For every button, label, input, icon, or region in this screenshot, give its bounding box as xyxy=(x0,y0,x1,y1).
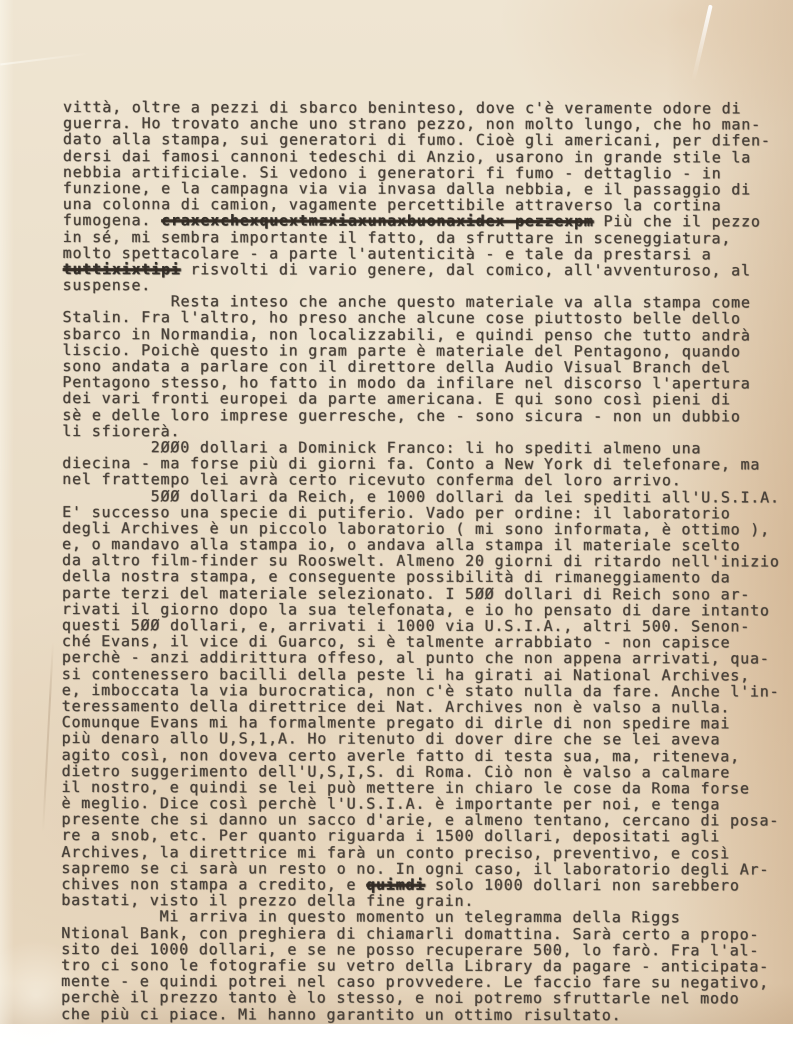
typed-text: che più ci piace. Mi hanno garantito un … xyxy=(61,1004,621,1023)
paper-scratch-mark xyxy=(691,5,712,82)
typed-text: risvolti di vario genere, dal comico, al… xyxy=(181,260,751,279)
typed-text-block: vittà, oltre a pezzi di sbarco beninteso… xyxy=(61,99,793,1023)
scanned-letter-page: vittà, oltre a pezzi di sbarco beninteso… xyxy=(0,0,793,1024)
paper-crease-top xyxy=(0,53,90,66)
typed-line: che più ci piace. Mi hanno garantito un … xyxy=(61,1005,793,1023)
paper-crease-left xyxy=(42,642,54,832)
typed-line: tuttixixtipi risvolti di vario genere, d… xyxy=(63,261,793,279)
